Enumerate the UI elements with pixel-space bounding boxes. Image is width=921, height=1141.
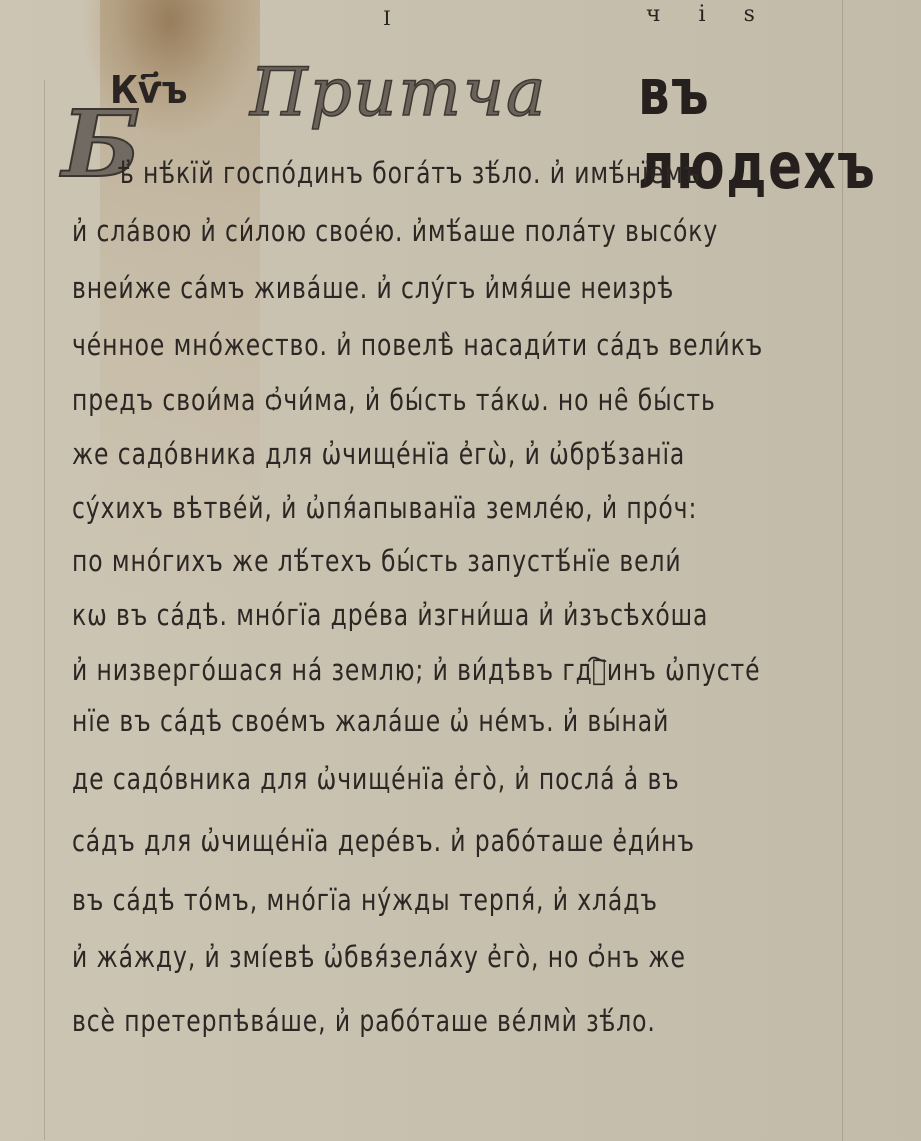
folio-mark: ч [646, 2, 699, 27]
text-line: че́нное мно́жество. и҆ повелѣ̀ насади́ти… [72, 328, 763, 362]
text-line: де садо́вника для ѡ҆чище́нїа е҆го̀, и҆ п… [72, 762, 680, 796]
manuscript-page: І чіѕ Кѵ҃ъ Притча въ людехъ Б ѣ҆ нѣ́кїй … [0, 0, 921, 1141]
text-line: и҆ жа́жду, и҆ змі́евѣ ѡ҆бвя́зела́ху е҆го… [72, 940, 686, 974]
text-line: въ са́дѣ то́мъ, мно́гїа ну́жды терпя́, и… [72, 883, 658, 917]
text-line: же садо́вника для ѡ҆чище́нїа е҆гѡ̀, и҆ ѡ… [72, 437, 685, 471]
folio-number: чіѕ [646, 2, 793, 27]
text-line: всѐ претерпѣва́ше, и҆ рабо́таше ве́лмѝ з… [72, 1004, 656, 1038]
folio-mark-left: І [383, 6, 391, 30]
text-line: кѡ въ са́дѣ. мно́гїа дре́ва и҆згни́ша и҆… [72, 598, 708, 632]
folio-mark: і [699, 2, 744, 27]
folio-mark: ѕ [744, 2, 793, 27]
left-margin-rule [44, 80, 45, 1140]
text-line: и҆ низверго́шася на́ землю; и҆ ви́дѣвъ г… [72, 653, 760, 687]
text-line: са́дъ для ѡ҆чище́нїа дере́въ. и҆ рабо́та… [72, 824, 695, 858]
text-line: по мно́гихъ же лѣ́техъ бы́сть запустѣ́нї… [72, 544, 682, 578]
text-line: предъ свои́ма ѻ҆чи́ма, и҆ бы́сть та́кѡ. … [72, 383, 716, 417]
text-line: су́хихъ вѣтве́й, и҆ ѡ҆пя́апыванїа земле́… [72, 491, 697, 525]
text-line: нїе въ са́дѣ свое́мъ жала́ше ѡ҆ не́мъ. и… [72, 704, 669, 738]
text-line: и҆ сла́вою и҆ си́лою свое́ю. и҆мѣ́аше по… [72, 214, 718, 248]
text-line: внеи́же са́мъ жива́ше. и҆ слу́гъ и҆мя́ше… [72, 271, 674, 305]
heading: Кѵ҃ъ Притча въ людехъ [62, 60, 862, 140]
text-line: ѣ҆ нѣ́кїй госпо́динъ бога́тъ зѣ́ло. и҆ и… [118, 156, 701, 190]
heading-ornate: Притча [250, 54, 547, 131]
